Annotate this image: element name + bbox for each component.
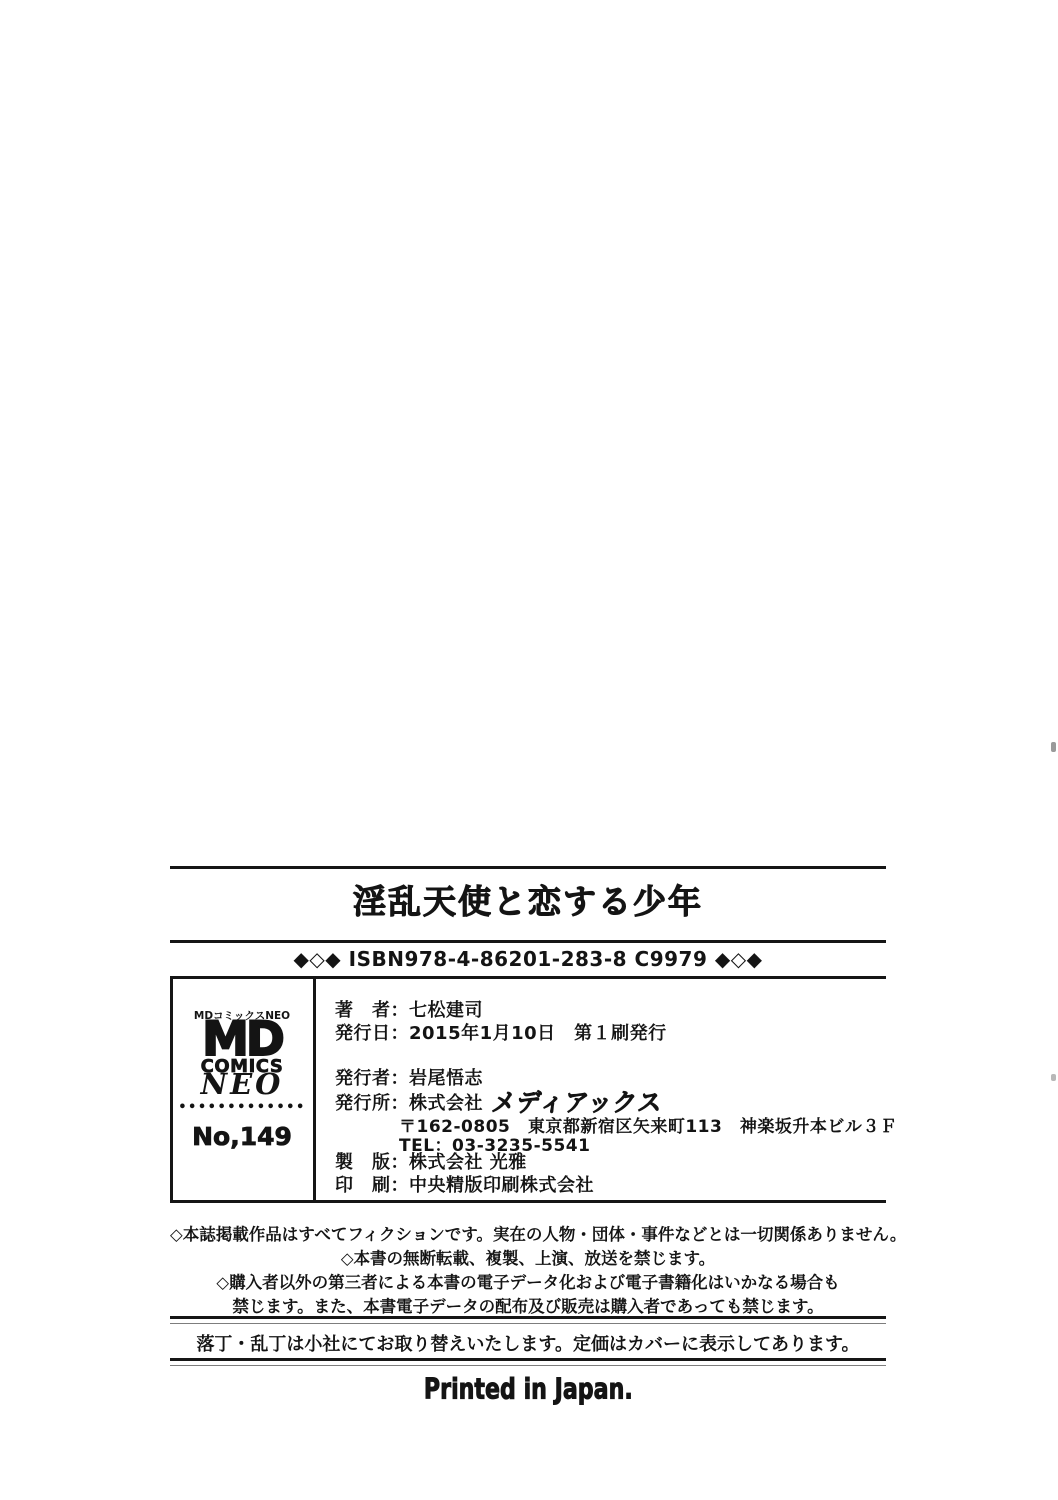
printed-in-japan: Printed in Japan. — [170, 1374, 886, 1405]
row-author-label: 著 者： — [335, 1000, 409, 1021]
rule-replacement-top-thick — [170, 1316, 886, 1319]
colophon-page: 淫乱天使と恋する少年 ◆◇◆ ISBN978-4-86201-283-8 C99… — [0, 0, 1058, 1500]
row-author-value: 七松建司 — [409, 1000, 483, 1021]
notice-no-reproduction: ◇本書の無断転載、複製、上演、放送を禁じます。 — [170, 1245, 886, 1269]
scan-artifact — [1051, 1074, 1056, 1081]
logo-volume-number: No,149 — [172, 1122, 312, 1151]
logo-dotted-divider: ••••••••••••• — [172, 1100, 312, 1115]
row-plate-making-label: 製 版： — [335, 1152, 409, 1173]
row-printing-label: 印 刷： — [335, 1175, 409, 1196]
rule-below-title — [170, 940, 886, 943]
row-printing-value: 中央精版印刷株式会社 — [409, 1175, 594, 1196]
logo-neo-word: NEO — [172, 1070, 312, 1099]
notice-replacement: 落丁・乱丁は小社にてお取り替えいたします。定価はカバーに表示してあります。 — [170, 1330, 886, 1356]
row-publisher-company-prefix: 株式会社 — [409, 1093, 490, 1114]
rule-replacement-bottom-thick — [170, 1358, 886, 1361]
rule-infobox-bottom — [170, 1200, 886, 1203]
rule-above-title — [170, 866, 886, 869]
rule-replacement-bottom-thin — [170, 1365, 886, 1366]
notice-digital-1: ◇購入者以外の第三者による本書の電子データ化および電子書籍化はいかなる場合も — [170, 1269, 886, 1293]
notice-fiction: ◇本誌掲載作品はすべてフィクションです。実在の人物・団体・事件などとは一切関係あ… — [170, 1221, 886, 1245]
row-publish-date-label: 発行日： — [335, 1023, 409, 1044]
rule-replacement-top-thin — [170, 1323, 886, 1324]
row-publish-date-value: 2015年1月10日 第１刷発行 — [409, 1023, 667, 1044]
row-publish-date: 発行日：2015年1月10日 第１刷発行 — [335, 1019, 887, 1045]
infobox-column-divider — [313, 976, 316, 1203]
row-publisher-company-label: 発行所： — [335, 1093, 409, 1114]
rule-infobox-top — [170, 976, 886, 979]
isbn-line: ◆◇◆ ISBN978-4-86201-283-8 C9979 ◆◇◆ — [170, 947, 886, 971]
printed-in-japan-text: Printed in Japan. — [424, 1373, 633, 1406]
row-printing: 印 刷：中央精版印刷株式会社 — [335, 1171, 887, 1197]
row-plate-making-value: 株式会社 光雅 — [409, 1152, 527, 1173]
scan-artifact — [1051, 742, 1056, 752]
page-title: 淫乱天使と恋する少年 — [170, 876, 886, 923]
notice-digital-2: 禁じます。また、本書電子データの配布及び販売は購入者であっても禁じます。 — [170, 1293, 886, 1317]
